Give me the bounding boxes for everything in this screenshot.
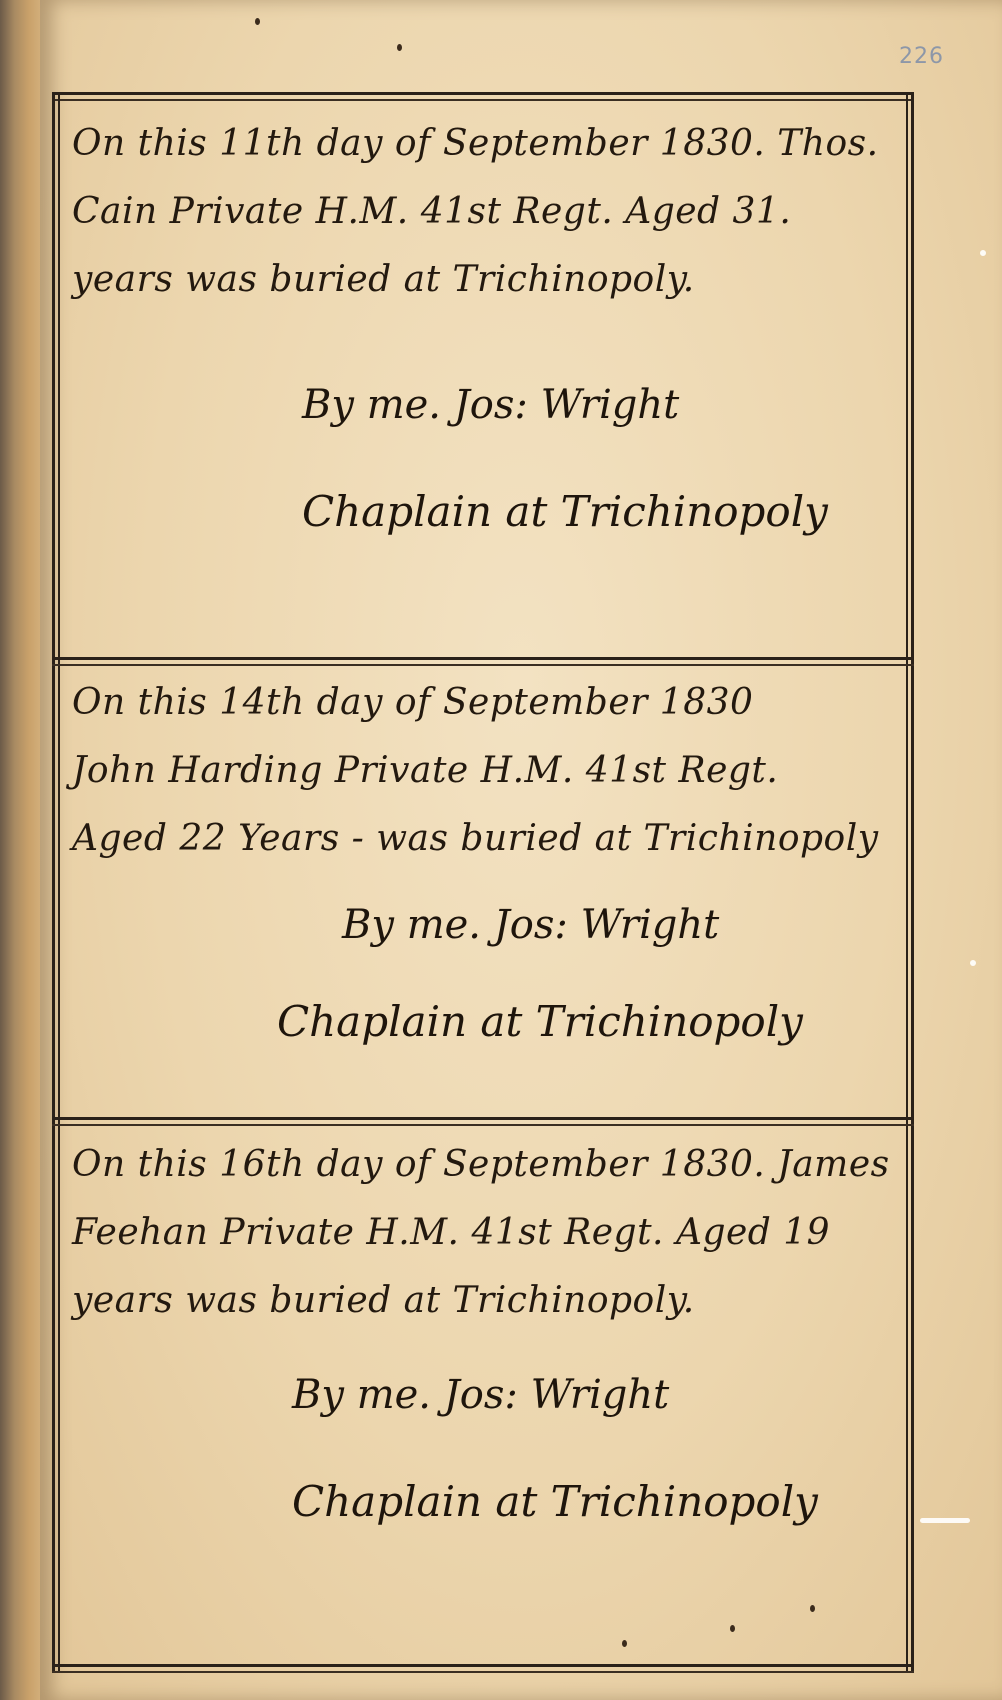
- entry-text: On this 14th day of September 1830 John …: [72, 669, 894, 873]
- ink-speck: [622, 1640, 627, 1647]
- entry-line: Aged 22 Years - was buried at Trichinopo…: [72, 805, 894, 873]
- signature-title: Chaplain at Trichinopoly: [277, 997, 803, 1046]
- signature-title: Chaplain at Trichinopoly: [302, 487, 828, 536]
- signature-by: By me. Jos: Wright: [292, 1372, 669, 1418]
- entry-line: years was buried at Trichinopoly.: [72, 246, 894, 314]
- burial-entry-1: On this 11th day of September 1830. Thos…: [52, 92, 914, 657]
- entry-line: Feehan Private H.M. 41st Regt. Aged 19: [72, 1199, 894, 1267]
- light-glare: [970, 960, 976, 966]
- entry-line: On this 16th day of September 1830. Jame…: [72, 1131, 894, 1199]
- page-number: 226: [899, 44, 944, 69]
- entry-line: John Harding Private H.M. 41st Regt.: [72, 737, 894, 805]
- entry-line: Cain Private H.M. 41st Regt. Aged 31.: [72, 178, 894, 246]
- frame-bottom-rule: [52, 1664, 914, 1667]
- entry-text: On this 16th day of September 1830. Jame…: [72, 1131, 894, 1335]
- entry-line: On this 11th day of September 1830. Thos…: [72, 110, 894, 178]
- signature-title: Chaplain at Trichinopoly: [292, 1477, 818, 1526]
- signature-by: By me. Jos: Wright: [302, 382, 679, 428]
- ink-speck: [255, 18, 260, 25]
- signature-by: By me. Jos: Wright: [342, 902, 719, 948]
- ink-speck: [397, 44, 402, 51]
- burial-register-frame: On this 11th day of September 1830. Thos…: [52, 92, 914, 1672]
- entry-line: years was buried at Trichinopoly.: [72, 1267, 894, 1335]
- light-glare: [920, 1518, 970, 1523]
- entry-text: On this 11th day of September 1830. Thos…: [72, 110, 894, 314]
- entry-line: On this 14th day of September 1830: [72, 669, 894, 737]
- ink-speck: [810, 1605, 815, 1612]
- ink-speck: [730, 1625, 735, 1632]
- light-glare: [980, 250, 986, 256]
- burial-entry-3: On this 16th day of September 1830. Jame…: [52, 1117, 914, 1672]
- register-page: 226 On this 11th day of September 1830. …: [40, 0, 1002, 1700]
- burial-entry-2: On this 14th day of September 1830 John …: [52, 657, 914, 1117]
